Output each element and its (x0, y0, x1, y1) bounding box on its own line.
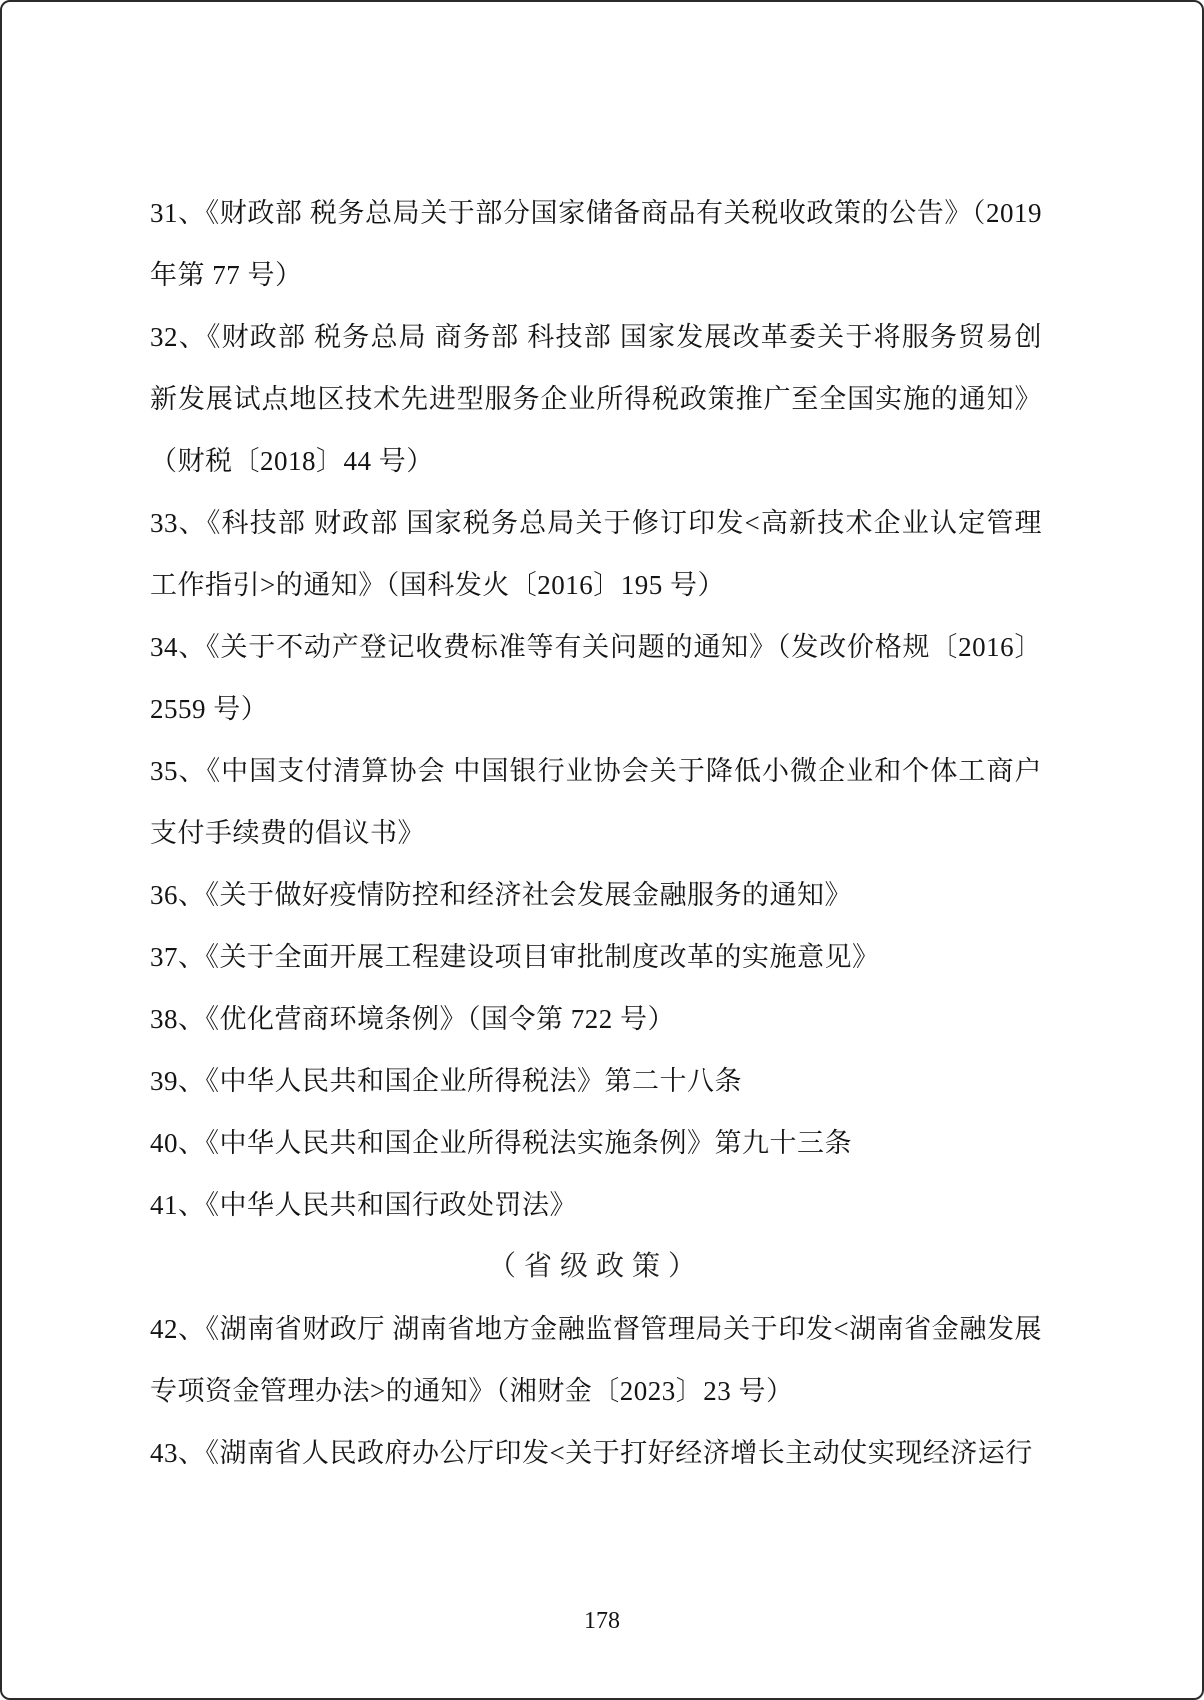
list-item-35: 35、《中国支付清算协会 中国银行业协会关于降低小微企业和个体工商户支付手续费的… (150, 740, 1042, 864)
list-item-33: 33、《科技部 财政部 国家税务总局关于修订印发<高新技术企业认定管理工作指引>… (150, 492, 1042, 616)
list-item-32: 32、《财政部 税务总局 商务部 科技部 国家发展改革委关于将服务贸易创新发展试… (150, 306, 1042, 492)
list-item-37: 37、《关于全面开展工程建设项目审批制度改革的实施意见》 (150, 926, 1042, 988)
list-item-41: 41、《中华人民共和国行政处罚法》 (150, 1174, 1042, 1236)
list-item-40: 40、《中华人民共和国企业所得税法实施条例》第九十三条 (150, 1112, 1042, 1174)
policy-list: 31、《财政部 税务总局关于部分国家储备商品有关税收政策的公告》（2019 年第… (150, 182, 1042, 1484)
list-item-43: 43、《湖南省人民政府办公厅印发<关于打好经济增长主动仗实现经济运行 (150, 1422, 1042, 1484)
document-page: 31、《财政部 税务总局关于部分国家储备商品有关税收政策的公告》（2019 年第… (0, 0, 1204, 1700)
list-item-34: 34、《关于不动产登记收费标准等有关问题的通知》（发改价格规〔2016〕2559… (150, 616, 1042, 740)
list-item-31: 31、《财政部 税务总局关于部分国家储备商品有关税收政策的公告》（2019 年第… (150, 182, 1042, 306)
list-item-42: 42、《湖南省财政厅 湖南省地方金融监督管理局关于印发<湖南省金融发展专项资金管… (150, 1298, 1042, 1422)
list-item-38: 38、《优化营商环境条例》（国令第 722 号） (150, 988, 1042, 1050)
section-heading: （省级政策） (150, 1236, 1042, 1298)
list-item-36: 36、《关于做好疫情防控和经济社会发展金融服务的通知》 (150, 864, 1042, 926)
list-item-39: 39、《中华人民共和国企业所得税法》第二十八条 (150, 1050, 1042, 1112)
page-number: 178 (2, 1608, 1202, 1635)
